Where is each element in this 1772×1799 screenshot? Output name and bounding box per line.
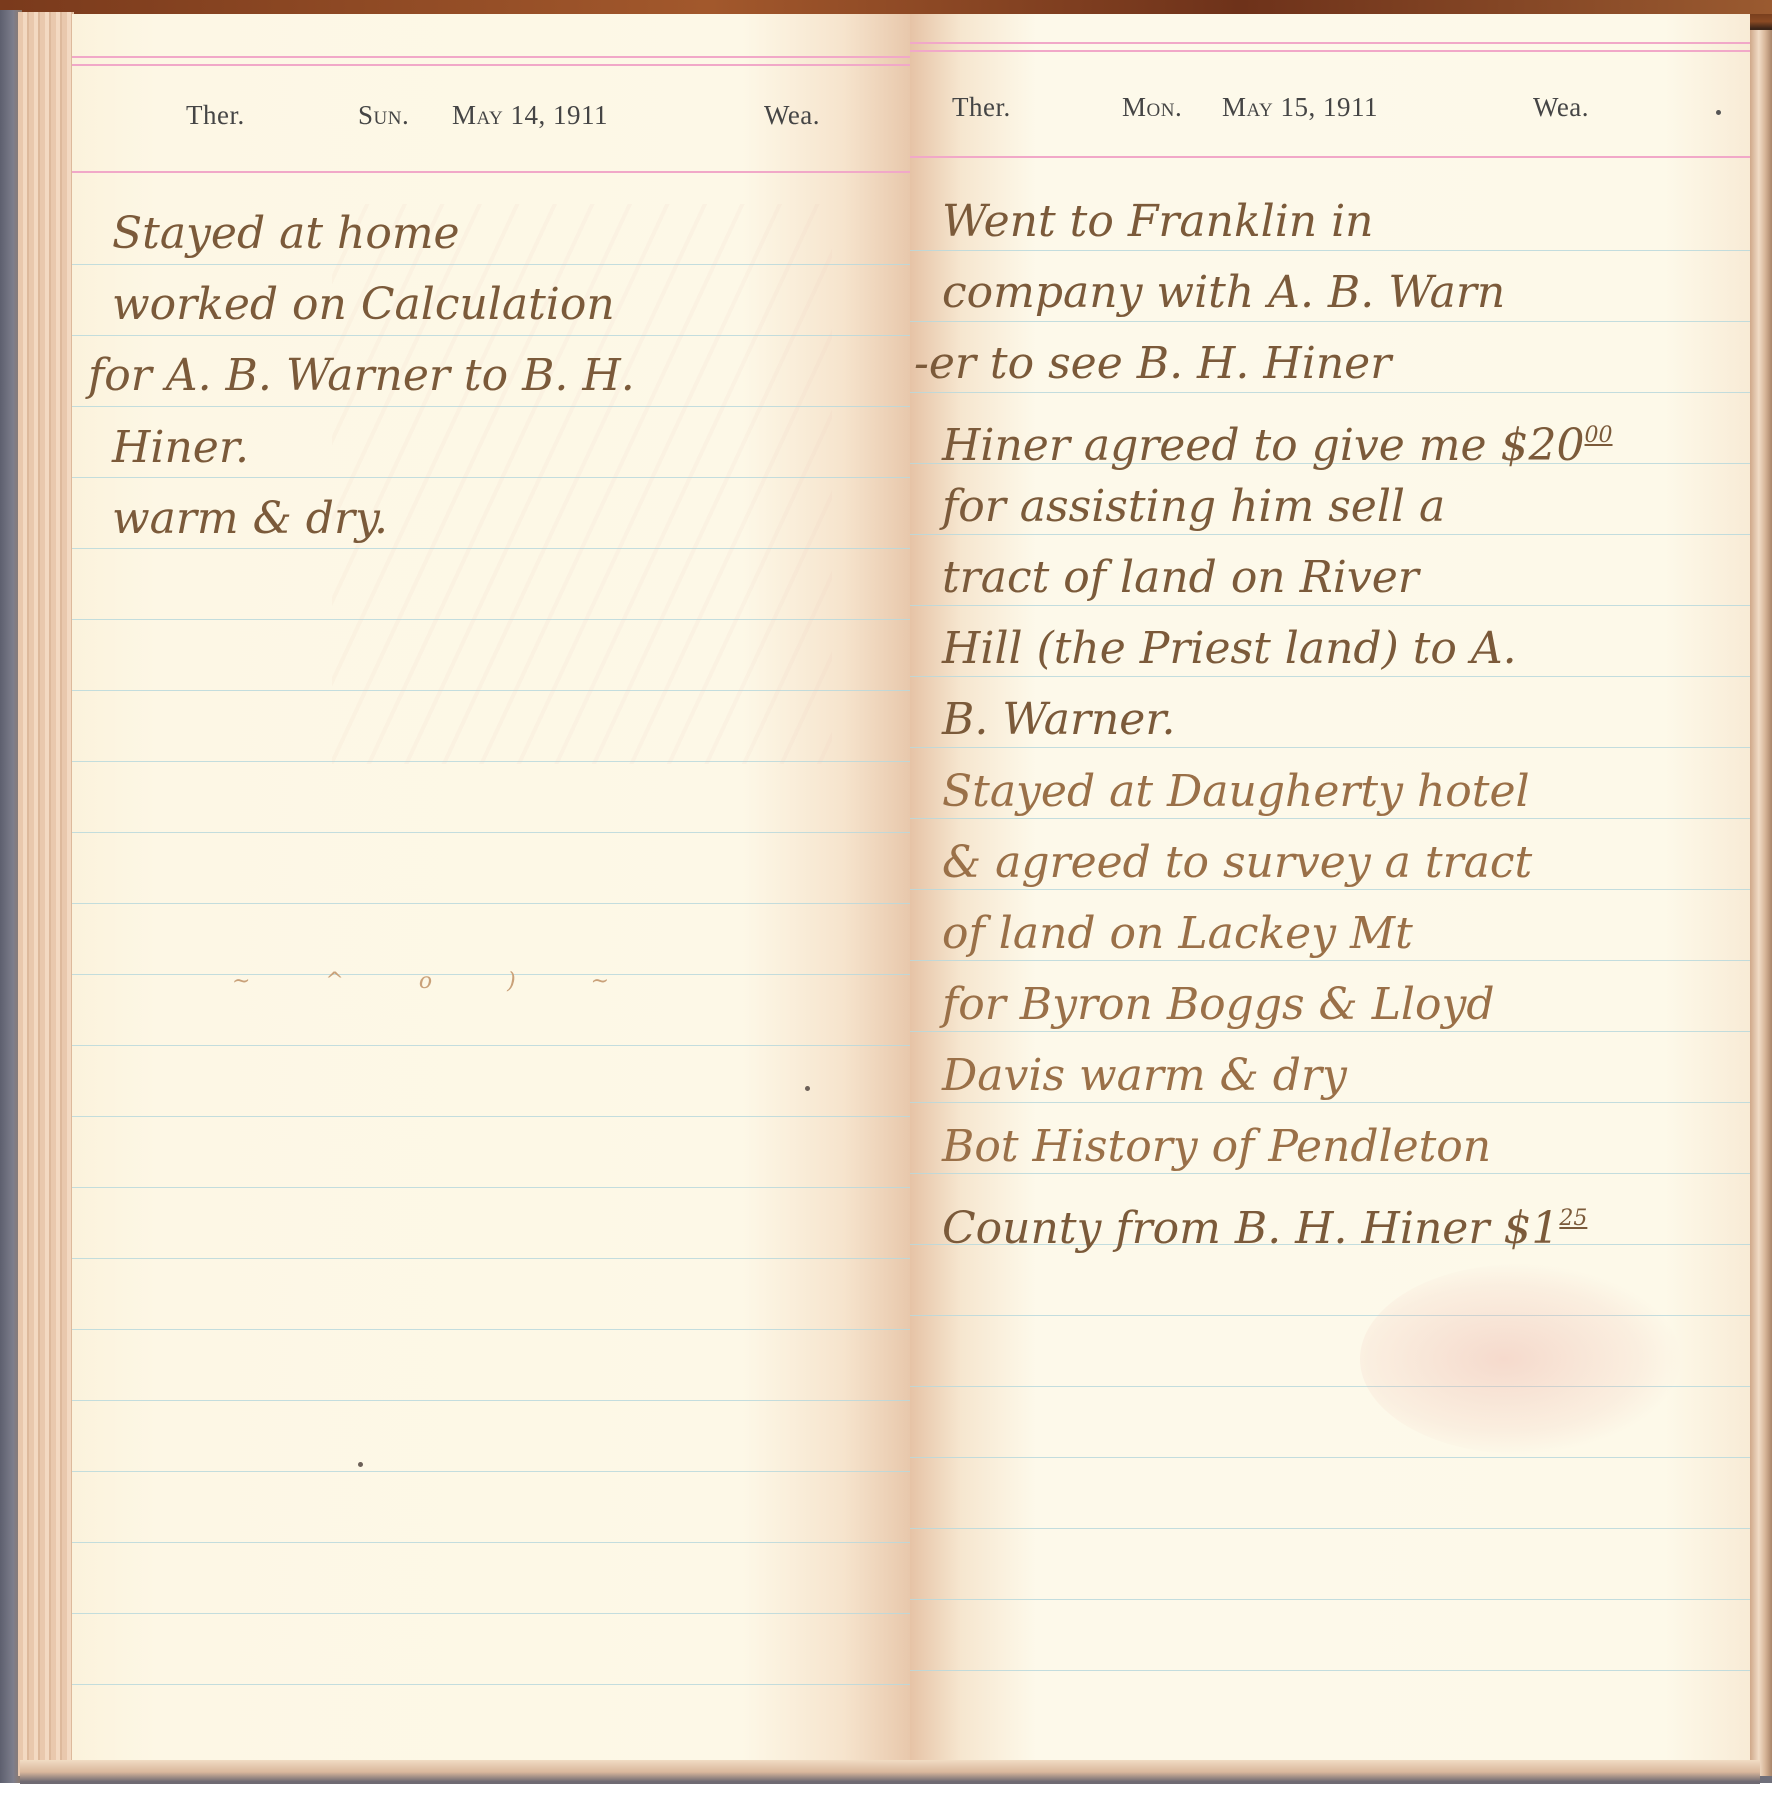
entry-line: Hiner.	[112, 412, 910, 483]
book-cover-top-edge	[0, 0, 1772, 14]
faint-ink-marks: ~ ^ o ) ~	[232, 969, 643, 994]
entry-line: Stayed at Daugherty hotel	[942, 756, 1750, 827]
entry-line: -er to see B. H. Hiner	[914, 328, 1750, 399]
amount-cents: 00	[1585, 423, 1613, 448]
entry-date: May 15, 1911	[1222, 92, 1378, 123]
page-stack-right-edge	[1750, 30, 1772, 1776]
entry-line-text: Hiner agreed to give me $20	[942, 420, 1585, 471]
ink-speck	[1716, 110, 1721, 115]
entry-line: for A. B. Warner to B. H.	[88, 340, 910, 411]
entry-date: May 14, 1911	[452, 100, 608, 131]
header-rule-top-2	[910, 50, 1750, 52]
right-page-header: Ther. Mon. May 15, 1911 Wea.	[910, 82, 1750, 122]
entry-line: of land on Lackey Mt	[942, 898, 1750, 969]
entry-line: Went to Franklin in	[942, 186, 1750, 257]
left-page-header: Ther. Sun. May 14, 1911 Wea.	[72, 90, 910, 130]
ther-label: Ther.	[952, 92, 1011, 123]
right-page: Ther. Mon. May 15, 1911 Wea. Went to Fra…	[910, 14, 1750, 1774]
entry-line: County from B. H. Hiner $125	[942, 1183, 1750, 1254]
ink-speck	[358, 1462, 363, 1467]
ink-speck	[805, 1086, 810, 1091]
amount-cents: 25	[1559, 1206, 1587, 1231]
diary-book: Ther. Sun. May 14, 1911 Wea. Stayed at h…	[0, 0, 1772, 1783]
entry-line: worked on Calculation	[112, 269, 910, 340]
wea-label: Wea.	[1533, 92, 1589, 123]
entry-line: Stayed at home	[112, 198, 910, 269]
left-diary-entry: Stayed at home worked on Calculation for…	[72, 198, 910, 554]
entry-line: & agreed to survey a tract	[942, 827, 1750, 898]
entry-line: B. Warner.	[942, 684, 1750, 755]
entry-line: warm & dry.	[112, 483, 910, 554]
entry-line: company with A. B. Warn	[942, 257, 1750, 328]
page-stack-left-edge	[18, 12, 74, 1776]
entry-line: for assisting him sell a	[942, 471, 1750, 542]
page-stack-bottom-edge	[20, 1760, 1760, 1784]
day-of-week: Sun.	[358, 100, 409, 131]
left-page: Ther. Sun. May 14, 1911 Wea. Stayed at h…	[72, 14, 910, 1774]
header-rule-bottom	[910, 156, 1750, 158]
entry-line: Hill (the Priest land) to A.	[942, 613, 1750, 684]
entry-line: Bot History of Pendleton	[942, 1111, 1750, 1182]
header-rule-bottom	[72, 171, 910, 173]
right-diary-entry: Went to Franklin in company with A. B. W…	[910, 186, 1750, 1254]
wea-label: Wea.	[764, 100, 820, 131]
header-rule-top-2	[72, 64, 910, 66]
entry-line: for Byron Boggs & Lloyd	[942, 969, 1750, 1040]
paper-stain	[1360, 1264, 1680, 1454]
day-of-week: Mon.	[1122, 92, 1182, 123]
entry-line: Hiner agreed to give me $2000	[942, 400, 1750, 471]
entry-line-text: County from B. H. Hiner $1	[942, 1203, 1559, 1254]
ther-label: Ther.	[186, 100, 245, 131]
entry-line: tract of land on River	[942, 542, 1750, 613]
header-rule-top-1	[72, 56, 910, 58]
entry-line: Davis warm & dry	[942, 1040, 1750, 1111]
header-rule-top-1	[910, 42, 1750, 44]
